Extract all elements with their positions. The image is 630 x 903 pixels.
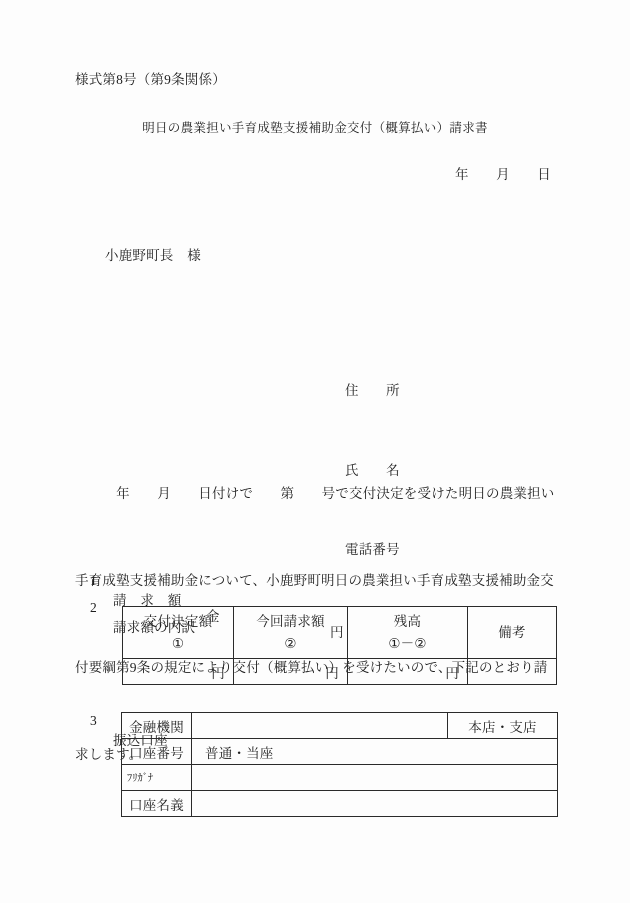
furigana-row: ﾌﾘｶﾞﾅ xyxy=(122,765,558,791)
header-balance: 残高 ①－② xyxy=(348,607,468,659)
item-number: 2 xyxy=(90,600,97,616)
financial-institution-blank-cell xyxy=(192,713,448,739)
date-line: 年 月 日 xyxy=(455,163,551,183)
account-type-options: 普通・当座 xyxy=(192,739,558,765)
financial-institution-row: 金融機関 本店・支店 xyxy=(122,713,558,739)
header-current-request-amount: 今回請求額 ② xyxy=(234,607,348,659)
balance-cell: 円 xyxy=(348,659,468,685)
remarks-cell xyxy=(468,659,557,685)
breakdown-table: 交付決定額 ① 今回請求額 ② 残高 ①－② 備考 円 円 円 xyxy=(122,606,557,685)
breakdown-value-row: 円 円 円 xyxy=(123,659,557,685)
document-page: 様式第8号（第9条関係） 明日の農業担い手育成塾支援補助金交付（概算払い）請求書… xyxy=(0,0,630,903)
grant-decided-amount-cell: 円 xyxy=(123,659,234,685)
financial-institution-label: 金融機関 xyxy=(122,713,192,739)
sender-address-label: 住 所 xyxy=(345,378,400,405)
furigana-blank-cell xyxy=(192,765,558,791)
furigana-label: ﾌﾘｶﾞﾅ xyxy=(122,765,192,791)
current-request-amount-cell: 円 xyxy=(234,659,348,685)
account-number-label: 口座番号 xyxy=(122,739,192,765)
account-number-row: 口座番号 普通・当座 xyxy=(122,739,558,765)
paragraph-line: 年 月 日付けで 第 号で交付決定を受けた明日の農業担い xyxy=(75,479,565,508)
addressee: 小鹿野町長 様 xyxy=(105,244,201,264)
header-grant-decided-amount: 交付決定額 ① xyxy=(123,607,234,659)
branch-options: 本店・支店 xyxy=(448,713,558,739)
item-number: 3 xyxy=(90,713,97,729)
breakdown-header-row: 交付決定額 ① 今回請求額 ② 残高 ①－② 備考 xyxy=(123,607,557,659)
account-holder-row: 口座名義 xyxy=(122,791,558,817)
item-request-amount: 1 請 求 額 金 円 xyxy=(0,557,630,577)
header-remarks: 備考 xyxy=(468,607,557,659)
document-title: 明日の農業担い手育成塾支援補助金交付（概算払い）請求書 xyxy=(0,118,630,136)
account-holder-label: 口座名義 xyxy=(122,791,192,817)
account-holder-blank-cell xyxy=(192,791,558,817)
account-table: 金融機関 本店・支店 口座番号 普通・当座 ﾌﾘｶﾞﾅ 口座名義 xyxy=(121,712,558,817)
item-breakdown: 2 請求額の内訳 xyxy=(0,584,630,604)
form-number: 様式第8号（第9条関係） xyxy=(75,68,226,88)
